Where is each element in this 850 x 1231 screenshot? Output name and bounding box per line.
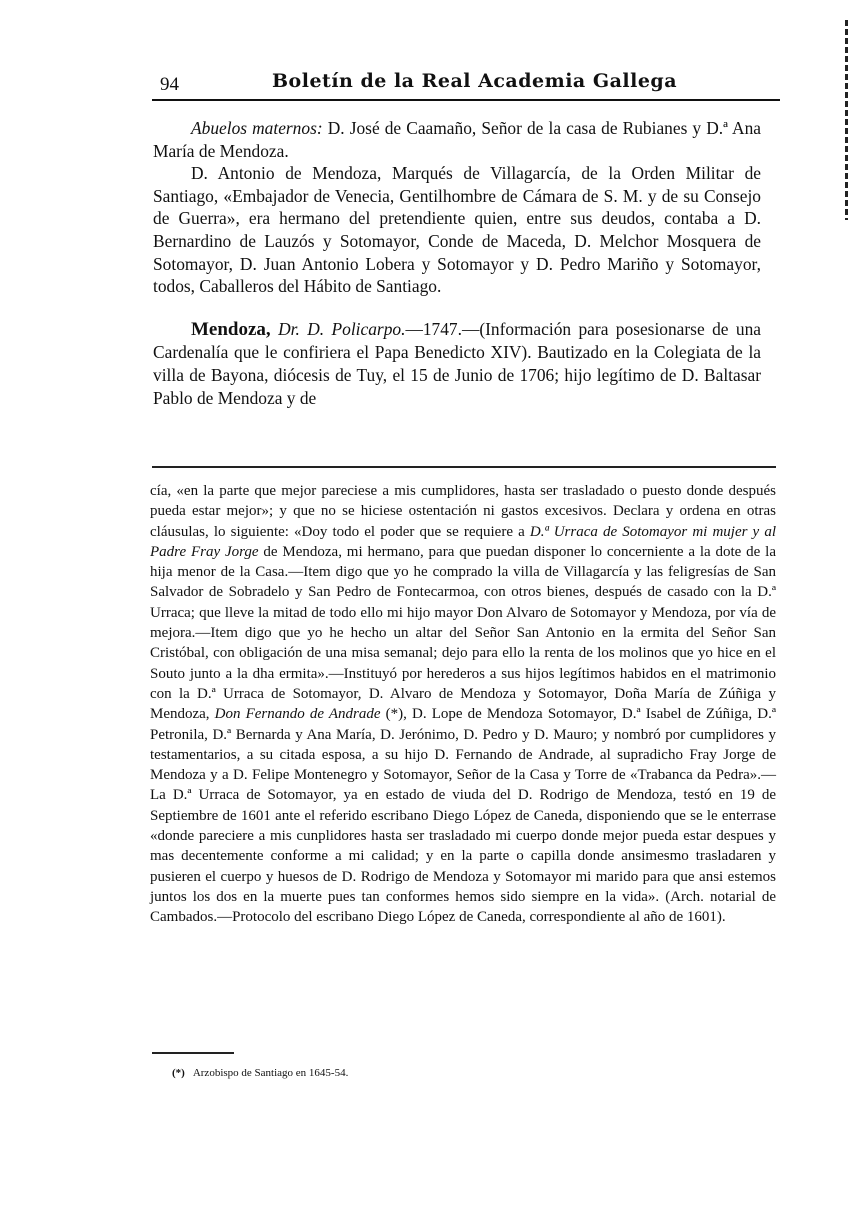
note-paragraph: cía, «en la parte que mejor pareciese a … [150,481,776,928]
antonio-text: D. Antonio de Mendoza, Marqués de Villag… [153,163,761,296]
footnote-mark: (*) [172,1067,185,1079]
note-italic-2: Don Fernando de Andrade [215,706,381,722]
main-text: Abuelos maternos: D. José de Caamaño, Se… [153,117,761,409]
page-header: 94 Boletín de la Real Academia Gallega [150,68,770,96]
entry-surname: Mendoza, [191,319,271,340]
notes-divider [152,466,776,468]
paragraph-abuelos-maternos: Abuelos maternos: D. José de Caamaño, Se… [153,117,761,162]
footnote: (*)Arzobispo de Santiago en 1645-54. [172,1067,348,1079]
abuelos-label: Abuelos maternos: [191,118,323,138]
header-rule [152,99,780,101]
running-title: Boletín de la Real Academia Gallega [272,70,677,92]
scan-edge-artifact [845,20,848,220]
notes-text: cía, «en la parte que mejor pareciese a … [150,481,776,928]
entry-mendoza-policarpo: Mendoza, Dr. D. Policarpo.—1747.—(Inform… [153,318,761,409]
footnote-text: Arzobispo de Santiago en 1645-54. [193,1067,349,1079]
page-number: 94 [160,74,179,96]
note-part-3: (*), D. Lope de Mendoza Sotomayor, D.ª I… [150,706,776,925]
document-page: 94 Boletín de la Real Academia Gallega A… [0,0,850,1231]
paragraph-antonio-mendoza: D. Antonio de Mendoza, Marqués de Villag… [153,162,761,298]
footnote-rule [152,1052,234,1054]
entry-name: Dr. D. Policarpo. [271,319,406,339]
note-part-2: de Mendoza, mi hermano, para que puedan … [150,544,776,722]
